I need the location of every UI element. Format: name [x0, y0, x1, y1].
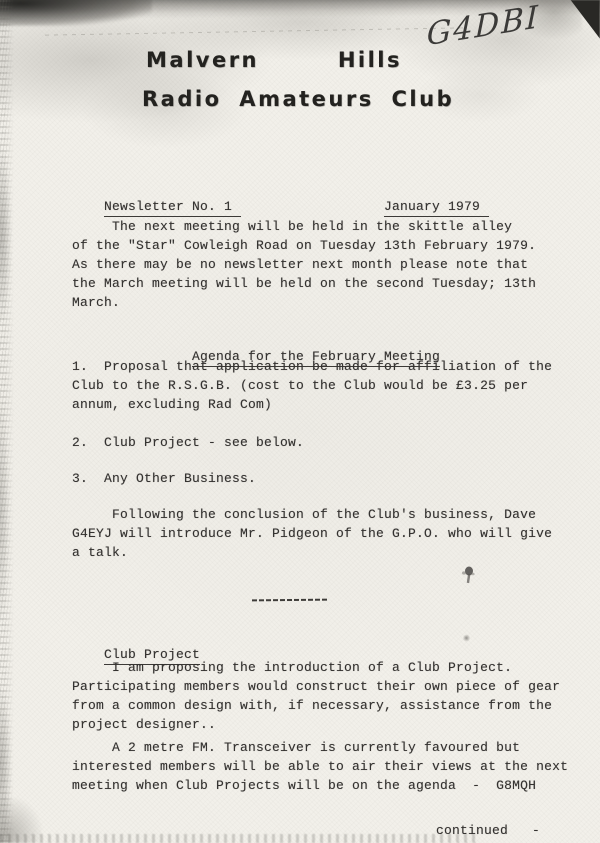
handwritten-callsign-text: G4DBI: [427, 2, 541, 53]
continued-note: continued -: [436, 821, 540, 840]
newsletter-number-text: Newsletter No. 1: [104, 199, 241, 217]
ink-blot: [460, 565, 478, 587]
scan-speckle-patch: [0, 400, 9, 620]
masthead-word-malvern: Malvern: [146, 48, 259, 72]
scan-crease-line: [45, 27, 465, 35]
masthead-word-hills: Hills: [338, 48, 402, 72]
agenda-closing-paragraph: Following the conclusion of the Club's b…: [72, 505, 552, 562]
scan-speckle-patch: [0, 150, 11, 320]
scan-smudge-top-left: [0, 0, 152, 26]
club-project-paragraph-2: A 2 metre FM. Transceiver is currently f…: [72, 738, 568, 795]
masthead-title-line1: Malvern Hills: [146, 48, 402, 72]
scanned-newsletter-page: G4DBI Malvern Hills Radio Amateurs Club …: [0, 0, 600, 843]
intro-paragraph: The next meeting will be held in the ski…: [72, 217, 536, 312]
agenda-item-2: 2. Club Project - see below.: [72, 433, 304, 452]
agenda-item-3: 3. Any Other Business.: [72, 469, 256, 488]
scan-smudge-bottom: [0, 834, 480, 843]
handwritten-callsign: G4DBI: [422, 2, 582, 58]
club-project-paragraph-1: I am proposing the introduction of a Clu…: [72, 658, 560, 734]
issue-date-text: January 1979: [384, 199, 489, 217]
agenda-item-1: 1. Proposal that application be made for…: [72, 357, 552, 414]
section-divider: [252, 599, 329, 602]
ink-speck: [463, 634, 470, 642]
scan-smudge-bottom-left: [0, 797, 42, 843]
masthead-title-line2: Radio Amateurs Club: [142, 87, 454, 111]
